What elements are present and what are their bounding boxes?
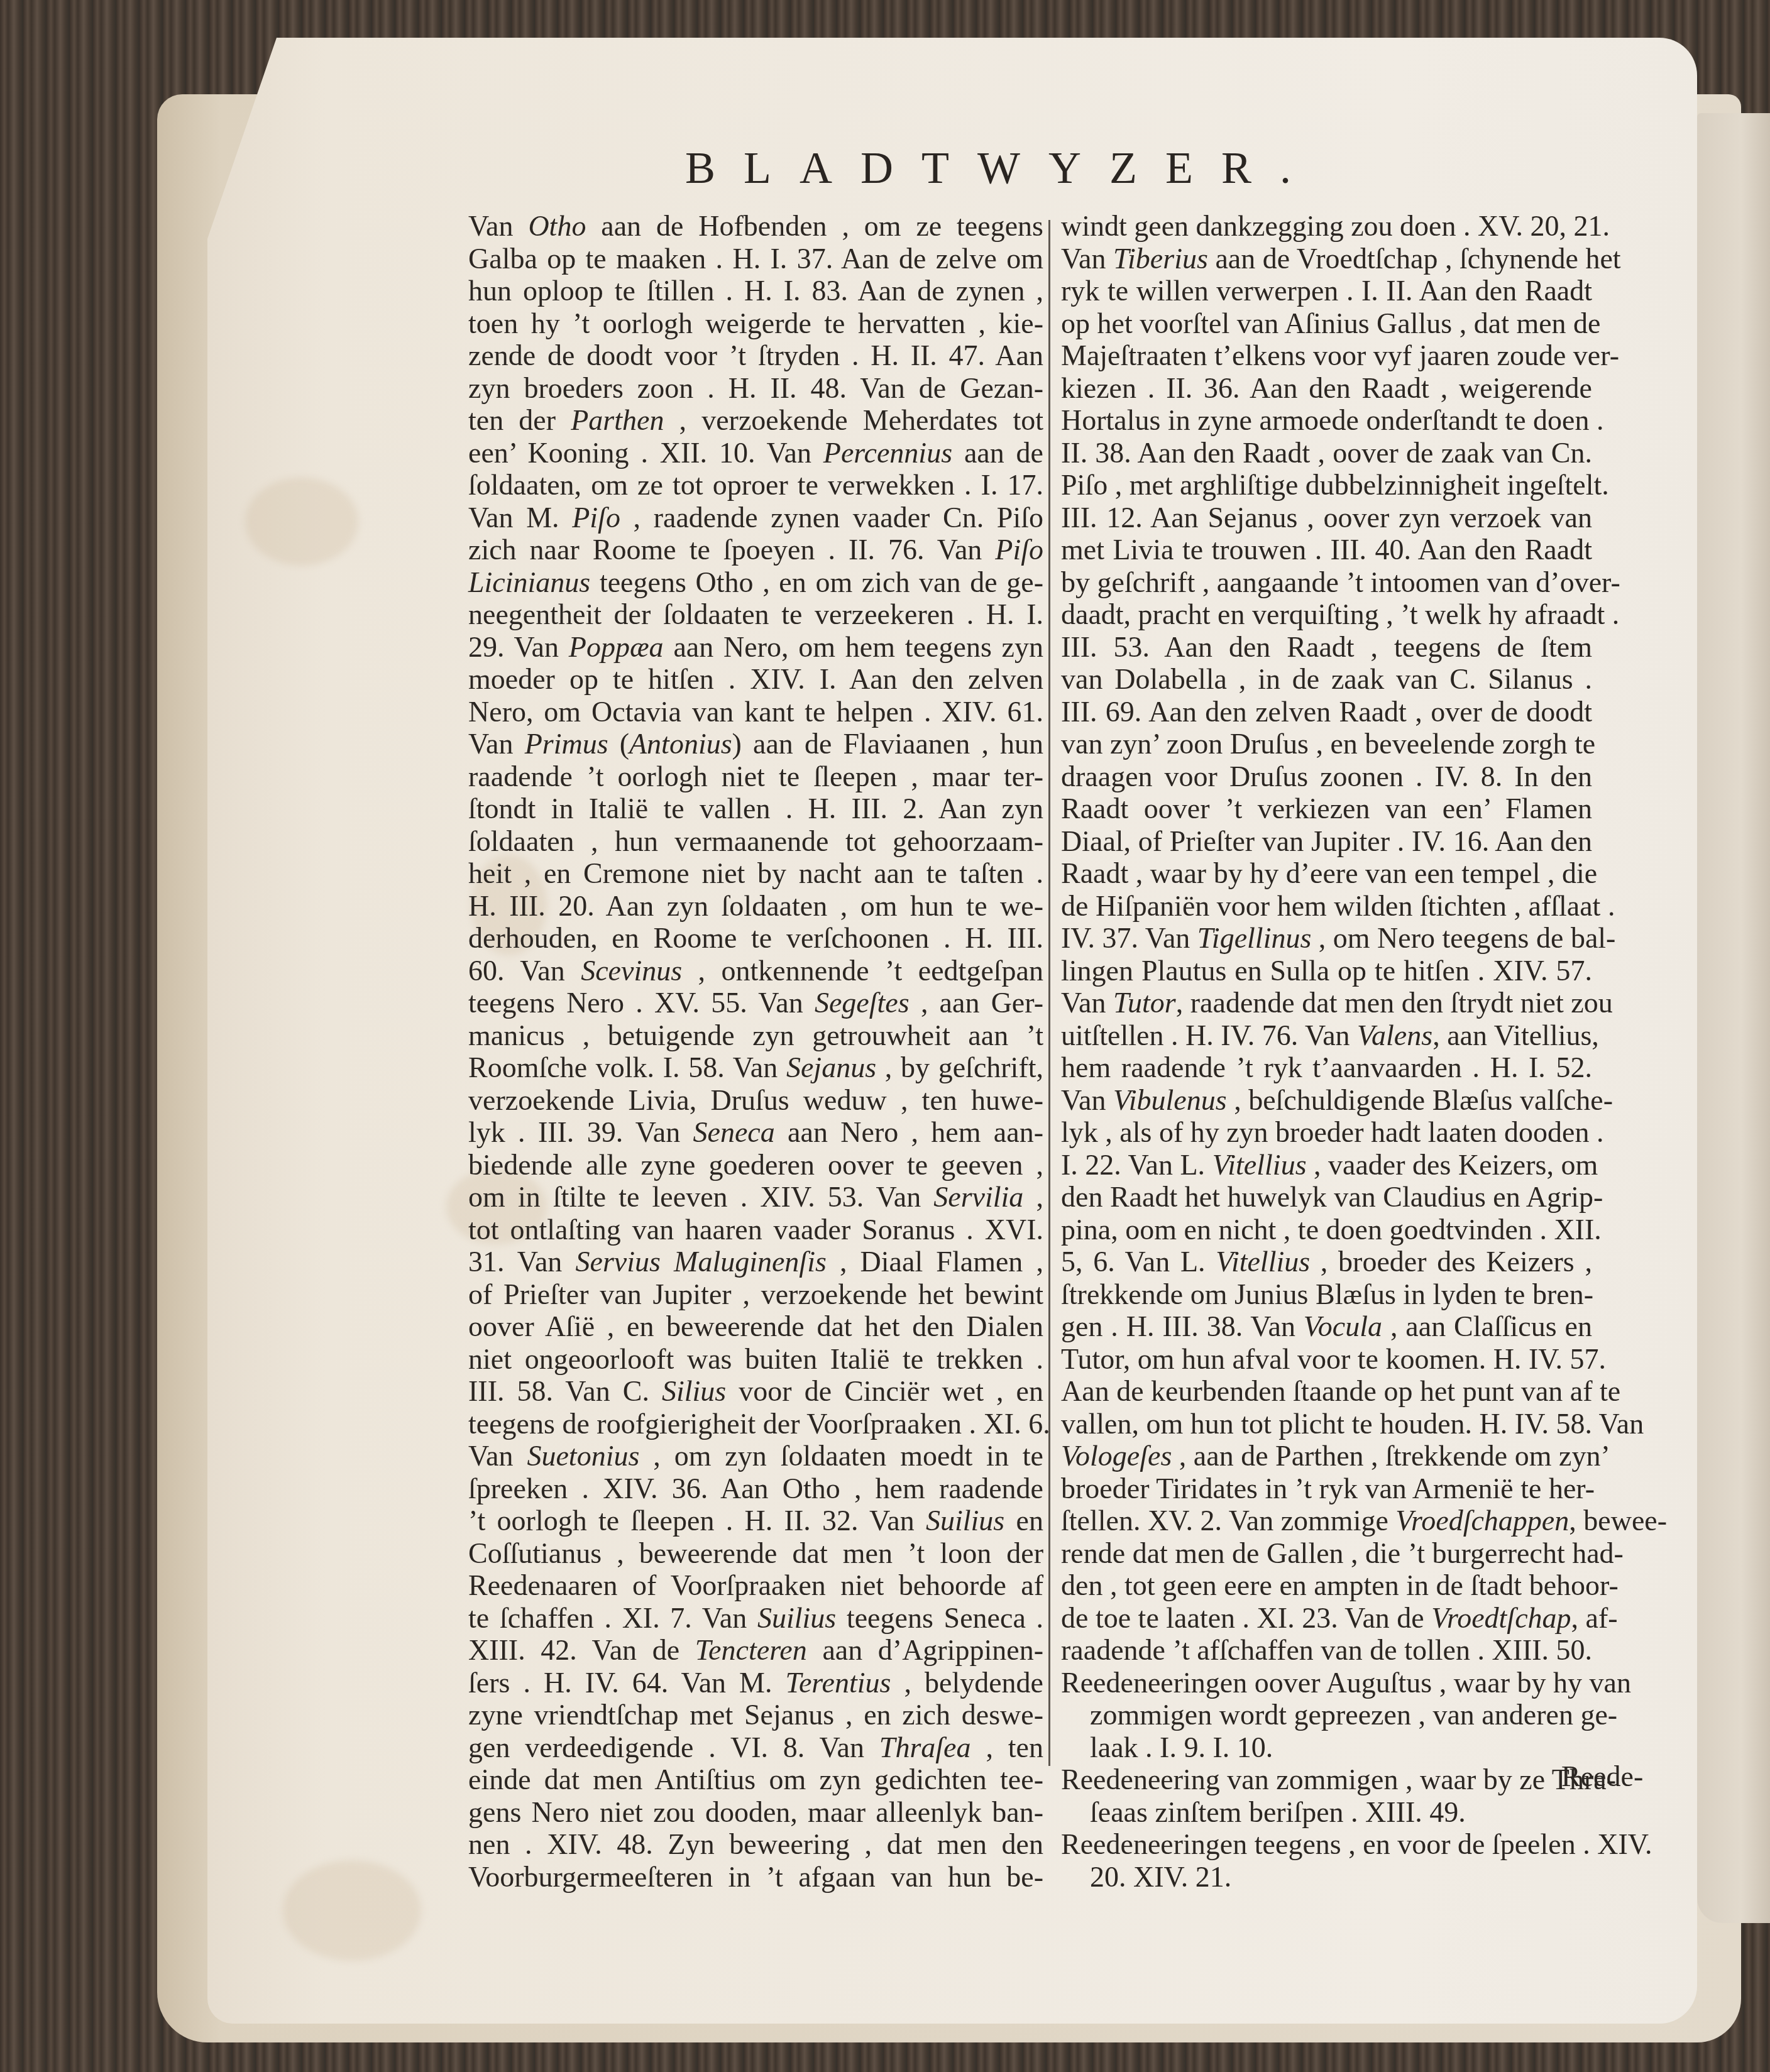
index-line: lyk . III. 39. Van Seneca aan Nero , hem… [468, 1116, 1043, 1149]
italic-name: Vocula [1304, 1310, 1382, 1342]
index-line: Reedeneering van zommigen , waar by ze T… [1061, 1763, 1592, 1796]
line-text: Van [1061, 243, 1113, 275]
italic-name: Piſo [995, 534, 1043, 566]
line-text: XIII. 42. Van de [468, 1634, 695, 1666]
line-text: , beſchuldigende Blæſus valſche- [1227, 1084, 1613, 1116]
line-text: , Diaal Flamen , [827, 1246, 1043, 1278]
index-line: zich naar Roome te ſpoeyen . II. 76. Van… [468, 534, 1043, 566]
index-line: gens Nero niet zou dooden, maar alleenly… [468, 1796, 1043, 1829]
index-line: ſtondt in Italië te vallen . H. III. 2. … [468, 792, 1043, 825]
line-text: III. 69. Aan den zelven Raadt , over de … [1061, 696, 1592, 728]
index-line: teegens Nero . XV. 55. Van Segeſtes , aa… [468, 987, 1043, 1019]
line-text: Van [468, 1440, 527, 1472]
index-line: Vologeſes , aan de Parthen , ſtrekkende … [1061, 1440, 1592, 1472]
line-text: ſtrekkende om Junius Blæſus in lyden te … [1061, 1278, 1593, 1310]
index-line: rende dat men de Gallen , die ’t burgerr… [1061, 1537, 1592, 1570]
line-text: III. 58. Van C. [468, 1375, 662, 1407]
line-text: lyk , als of hy zyn broeder hadt laaten … [1061, 1116, 1604, 1148]
line-text: Raadt , waar by hy d’eere van een tempel… [1061, 857, 1597, 889]
line-text: Van [1061, 1084, 1113, 1116]
line-text: uitſtellen . H. IV. 76. Van [1061, 1019, 1357, 1051]
water-stain [283, 1860, 421, 1961]
line-text: , [1023, 1181, 1043, 1213]
line-text: pina, oom en nicht , te doen goedtvinden… [1061, 1214, 1602, 1246]
line-text: teegens de roofgierigheit der Voorſpraak… [468, 1408, 1050, 1440]
index-line: gen . H. III. 38. Van Vocula , aan Claſſ… [1061, 1310, 1592, 1343]
italic-name: Servilia [933, 1181, 1023, 1213]
index-line: toen hy ’t oorlogh weigerde te hervatten… [468, 307, 1043, 340]
index-line: Aan de keurbenden ſtaande op het punt va… [1061, 1375, 1592, 1408]
line-text: Van [1061, 987, 1113, 1019]
italic-name: Vroedſchappen [1395, 1505, 1569, 1537]
line-text: gen verdeedigende . VI. 8. Van [468, 1731, 879, 1763]
line-text: raadende ’t oorlogh niet te ſleepen , ma… [468, 760, 1043, 792]
index-line: biedende alle zyne goederen oover te gee… [468, 1149, 1043, 1181]
line-text: manicus , betuigende zyn getrouwheit aan… [468, 1019, 1043, 1051]
index-line: niet ongeoorlooft was buiten Italië te t… [468, 1343, 1043, 1376]
line-text: Coſſutianus , beweerende dat men ’t loon… [468, 1537, 1043, 1569]
facing-page-edge [1697, 113, 1770, 1923]
line-text: ſers . H. IV. 64. Van M. [468, 1667, 786, 1699]
foxing-stain [245, 478, 358, 566]
line-text: Roomſche volk. I. 58. Van [468, 1051, 786, 1083]
line-text: zyne vriendtſchap met Sejanus , en zich … [468, 1699, 1043, 1731]
line-text: heit , en Cremone niet by nacht aan te t… [468, 857, 1043, 889]
index-line: broeder Tiridates in ’t ryk van Armenië … [1061, 1472, 1592, 1505]
line-text: Voorburgermeeſteren in ’t afgaan van hun… [468, 1861, 1043, 1893]
italic-name: Terentius [786, 1667, 891, 1699]
line-text: III. 12. Aan Sejanus , oover zyn verzoek… [1061, 502, 1592, 534]
page-title: BLADTWYZER. [685, 142, 1319, 194]
line-text: lingen Plautus en Sulla op te hitſen . X… [1061, 955, 1592, 987]
line-text: aan Nero, om hem teegens zyn [664, 631, 1043, 663]
line-text: aan de Hofbenden , om ze teegens [586, 210, 1043, 242]
index-line: 5, 6. Van L. Vitellius , broeder des Kei… [1061, 1246, 1592, 1278]
line-text: Reedeneeringen oover Auguſtus , waar by … [1061, 1667, 1631, 1699]
line-text: den , tot geen eere en ampten in de ſtad… [1061, 1569, 1619, 1601]
index-line: Reedenaaren of Voorſpraaken niet behoord… [468, 1569, 1043, 1602]
line-text: broeder Tiridates in ’t ryk van Armenië … [1061, 1472, 1595, 1505]
line-text: de toe te laaten . XI. 23. Van de [1061, 1602, 1431, 1634]
index-line: den , tot geen eere en ampten in de ſtad… [1061, 1569, 1592, 1602]
column-divider [1048, 220, 1050, 1766]
index-line: uitſtellen . H. IV. 76. Van Valens, aan … [1061, 1019, 1592, 1052]
line-text: Galba op te maaken . H. I. 37. Aan de ze… [468, 243, 1043, 275]
index-line: Coſſutianus , beweerende dat men ’t loon… [468, 1537, 1043, 1570]
italic-name: Parthen [571, 404, 664, 436]
line-text: oover Aſië , en beweerende dat het den D… [468, 1310, 1043, 1342]
index-line: Van Suetonius , om zyn ſoldaaten moedt i… [468, 1440, 1043, 1472]
line-text: teegens Nero . XV. 55. Van [468, 987, 815, 1019]
line-text: aan Nero , hem aan- [775, 1116, 1043, 1148]
line-text: ten der [468, 404, 571, 436]
index-line: hem raadende ’t ryk t’aanvaarden . H. I.… [1061, 1051, 1592, 1084]
line-text: Diaal, of Prieſter van Jupiter . IV. 16.… [1061, 825, 1592, 857]
line-text: ) aan de Flaviaanen , hun [732, 728, 1043, 760]
line-text: voor de Cinciër wet , en [726, 1375, 1043, 1407]
line-text: de Hiſpaniën voor hem wilden ſtichten , … [1061, 890, 1615, 922]
index-line: ten der Parthen , verzoekende Meherdates… [468, 404, 1043, 437]
index-line: Voorburgermeeſteren in ’t afgaan van hun… [468, 1861, 1043, 1894]
index-line: kiezen . II. 36. Aan den Raadt , weigere… [1061, 372, 1592, 405]
line-text: , raadende dat men den ſtrydt niet zou [1176, 987, 1613, 1019]
line-text: einde dat men Antiſtius om zyn gedichten… [468, 1763, 1043, 1795]
line-text: , belydende [891, 1667, 1043, 1699]
italic-name: Percennius [823, 437, 952, 469]
line-text: II. 38. Aan den Raadt , oover de zaak va… [1061, 437, 1592, 469]
line-text: ſeaas zinſtem beriſpen . XIII. 49. [1090, 1796, 1466, 1828]
line-text: op het voorſtel van Aſinius Gallus , dat… [1061, 307, 1601, 339]
index-line: derhouden, en Roome te verſchoonen . H. … [468, 922, 1043, 955]
index-line: Van Tutor, raadende dat men den ſtrydt n… [1061, 987, 1592, 1019]
italic-name: Valens [1357, 1019, 1432, 1051]
line-text: om in ſtilte te leeven . XIV. 53. Van [468, 1181, 933, 1213]
line-text: gens Nero niet zou dooden, maar alleenly… [468, 1796, 1043, 1828]
line-text: rende dat men de Gallen , die ’t burgerr… [1061, 1537, 1624, 1569]
italic-name: Tiberius [1113, 243, 1208, 275]
index-line: zyn broeders zoon . H. II. 48. Van de Ge… [468, 372, 1043, 405]
line-text: , aan Vitellius, [1432, 1019, 1599, 1051]
line-text: , verzoekende Meherdates tot [664, 404, 1043, 436]
italic-name: Vitellius [1212, 1149, 1307, 1181]
line-text: niet ongeoorlooft was buiten Italië te t… [468, 1343, 1043, 1375]
line-text: laak . I. 9. I. 10. [1090, 1731, 1273, 1763]
italic-name: Licinianus [468, 566, 590, 598]
line-text: van zyn’ zoon Druſus , en beveelende zor… [1061, 728, 1595, 760]
line-text: IV. 37. Van [1061, 922, 1197, 954]
line-text: tot ontlaſting van haaren vaader Soranus… [468, 1214, 1043, 1246]
index-line: II. 38. Aan den Raadt , oover de zaak va… [1061, 437, 1592, 469]
index-line: zommigen wordt gepreezen , van anderen g… [1061, 1699, 1592, 1731]
index-line: van zyn’ zoon Druſus , en beveelende zor… [1061, 728, 1592, 760]
index-line: Raadt , waar by hy d’eere van een tempel… [1061, 857, 1592, 890]
index-line: Van Tiberius aan de Vroedtſchap , ſchyne… [1061, 243, 1592, 275]
index-line: 31. Van Servius Maluginenſis , Diaal Fla… [468, 1246, 1043, 1278]
italic-name: Vitellius [1216, 1246, 1310, 1278]
index-line: ſoldaaten , hun vermaanende tot gehoorza… [468, 825, 1043, 858]
italic-name: Vologeſes [1061, 1440, 1172, 1472]
index-line: de Hiſpaniën voor hem wilden ſtichten , … [1061, 890, 1592, 923]
index-line: lyk , als of hy zyn broeder hadt laaten … [1061, 1116, 1592, 1149]
line-text: aan d’Agrippinen- [807, 1634, 1043, 1666]
line-text: Tutor, om hun afval voor te koomen. H. I… [1061, 1343, 1606, 1375]
index-line: om in ſtilte te leeven . XIV. 53. Van Se… [468, 1181, 1043, 1214]
line-text: H. III. 20. Aan zyn ſoldaaten , om hun t… [468, 890, 1043, 922]
index-line: daadt, pracht en verquiſting , ’t welk h… [1061, 598, 1592, 631]
index-line: Van Otho aan de Hofbenden , om ze teegen… [468, 210, 1043, 243]
index-line: lingen Plautus en Sulla op te hitſen . X… [1061, 955, 1592, 987]
italic-name: Tencteren [695, 1634, 807, 1666]
line-text: Piſo , met arghliſtige dubbelzinnigheit … [1061, 469, 1609, 501]
line-text: 20. XIV. 21. [1090, 1861, 1231, 1893]
index-line: ryk te willen verwerpen . I. II. Aan den… [1061, 275, 1592, 307]
index-line: oover Aſië , en beweerende dat het den D… [468, 1310, 1043, 1343]
line-text: zyn broeders zoon . H. II. 48. Van de Ge… [468, 372, 1043, 404]
index-line: III. 12. Aan Sejanus , oover zyn verzoek… [1061, 502, 1592, 534]
index-line: Diaal, of Prieſter van Jupiter . IV. 16.… [1061, 825, 1592, 858]
italic-name: Suilius [926, 1505, 1004, 1537]
line-text: biedende alle zyne goederen oover te gee… [468, 1149, 1043, 1181]
index-line: windt geen dankzegging zou doen . XV. 20… [1061, 210, 1592, 243]
index-line: Tutor, om hun afval voor te koomen. H. I… [1061, 1343, 1592, 1376]
line-text: ſpreeken . XIV. 36. Aan Otho , hem raade… [468, 1472, 1043, 1505]
line-text: neegentheit der ſoldaaten te verzeekeren… [468, 598, 1043, 630]
line-text: Majeſtraaten t’elkens voor vyf jaaren zo… [1061, 339, 1619, 371]
index-line: H. III. 20. Aan zyn ſoldaaten , om hun t… [468, 890, 1043, 923]
index-line: raadende ’t afſchaffen van de tollen . X… [1061, 1634, 1592, 1667]
index-line: den Raadt het huwelyk van Claudius en Ag… [1061, 1181, 1592, 1214]
line-text: , raadende zynen vaader Cn. Piſo [620, 502, 1043, 534]
index-line: of Prieſter van Jupiter , verzoekende he… [468, 1278, 1043, 1311]
index-line: vallen, om hun tot plicht te houden. H. … [1061, 1408, 1592, 1440]
index-line: III. 53. Aan den Raadt , teegens de ſtem [1061, 631, 1592, 664]
line-text: hun oploop te ſtillen . H. I. 83. Aan de… [468, 275, 1043, 307]
line-text: zich naar Roome te ſpoeyen . II. 76. Van [468, 534, 995, 566]
line-text: gen . H. III. 38. Van [1061, 1310, 1304, 1342]
index-line: III. 69. Aan den zelven Raadt , over de … [1061, 696, 1592, 728]
line-text: raadende ’t afſchaffen van de tollen . X… [1061, 1634, 1592, 1666]
italic-name: Otho [528, 210, 586, 242]
line-text: of Prieſter van Jupiter , verzoekende he… [468, 1278, 1043, 1310]
line-text: hem raadende ’t ryk t’aanvaarden . H. I.… [1061, 1051, 1592, 1083]
italic-name: Vroedtſchap [1431, 1602, 1571, 1634]
line-text: lyk . III. 39. Van [468, 1116, 693, 1148]
line-text: ( [608, 728, 629, 760]
line-text: ſtellen. XV. 2. Van zommige [1061, 1505, 1395, 1537]
line-text: derhouden, en Roome te verſchoonen . H. … [468, 922, 1043, 954]
line-text: , broeder des Keizers , [1310, 1246, 1592, 1278]
line-text: kiezen . II. 36. Aan den Raadt , weigere… [1061, 372, 1592, 404]
index-line: ſtrekkende om Junius Blæſus in lyden te … [1061, 1278, 1592, 1311]
index-line: heit , en Cremone niet by nacht aan te t… [468, 857, 1043, 890]
line-text: , om zyn ſoldaaten moedt in te [639, 1440, 1043, 1472]
index-line: ſeaas zinſtem beriſpen . XIII. 49. [1061, 1796, 1592, 1829]
index-line: hun oploop te ſtillen . H. I. 83. Aan de… [468, 275, 1043, 307]
index-line: Van Vibulenus , beſchuldigende Blæſus va… [1061, 1084, 1592, 1117]
italic-name: Servius Maluginenſis [576, 1246, 827, 1278]
line-text: , by geſchrift, [876, 1051, 1043, 1083]
italic-name: Seneca [693, 1116, 775, 1148]
index-line: ’t oorlogh te ſleepen . H. II. 32. Van S… [468, 1505, 1043, 1537]
index-line: ſers . H. IV. 64. Van M. Terentius , bel… [468, 1667, 1043, 1699]
line-text: met Livia te trouwen . III. 40. Aan den … [1061, 534, 1592, 566]
line-text: aan de Vroedtſchap , ſchynende het [1208, 243, 1621, 275]
index-line: een’ Kooning . XII. 10. Van Percennius a… [468, 437, 1043, 469]
index-line: de toe te laaten . XI. 23. Van de Vroedt… [1061, 1602, 1592, 1635]
line-text: , bewee- [1569, 1505, 1667, 1537]
index-line: Galba op te maaken . H. I. 37. Aan de ze… [468, 243, 1043, 275]
line-text: , af- [1571, 1602, 1618, 1634]
line-text: , aan Claſſicus en [1382, 1310, 1592, 1342]
index-line: XIII. 42. Van de Tencteren aan d’Agrippi… [468, 1634, 1043, 1667]
line-text: Hortalus in zyne armoede onderſtandt te … [1061, 404, 1604, 436]
index-line: Piſo , met arghliſtige dubbelzinnigheit … [1061, 469, 1592, 502]
italic-name: Segeſtes [815, 987, 910, 1019]
line-text: , om Nero teegens de bal- [1311, 922, 1615, 954]
index-line: gen verdeedigende . VI. 8. Van Thraſea ,… [468, 1731, 1043, 1764]
index-line: 20. XIV. 21. [1061, 1861, 1592, 1894]
italic-name: Poppæa [569, 631, 664, 663]
index-line: ſpreeken . XIV. 36. Aan Otho , hem raade… [468, 1472, 1043, 1505]
line-text: 60. Van [468, 955, 581, 987]
index-line: 29. Van Poppæa aan Nero, om hem teegens … [468, 631, 1043, 664]
line-text: teegens Seneca . [836, 1602, 1043, 1634]
line-text: ’t oorlogh te ſleepen . H. II. 32. Van [468, 1505, 926, 1537]
line-text: windt geen dankzegging zou doen . XV. 20… [1061, 210, 1610, 242]
line-text: I. 22. Van L. [1061, 1149, 1212, 1181]
italic-name: Tutor [1113, 987, 1176, 1019]
line-text: toen hy ’t oorlogh weigerde te hervatten… [468, 307, 1043, 339]
italic-name: Antonius [629, 728, 732, 760]
italic-name: Suetonius [527, 1440, 639, 1472]
index-line: manicus , betuigende zyn getrouwheit aan… [468, 1019, 1043, 1052]
line-text: Raadt oover ’t verkiezen van een’ Flamen [1061, 792, 1592, 825]
line-text: ryk te willen verwerpen . I. II. Aan den… [1061, 275, 1592, 307]
italic-name: Sejanus [786, 1051, 876, 1083]
index-line: IV. 37. Van Tigellinus , om Nero teegens… [1061, 922, 1592, 955]
index-column-right: windt geen dankzegging zou doen . XV. 20… [1061, 210, 1592, 1893]
index-line: te ſchaffen . XI. 7. Van Suilius teegens… [468, 1602, 1043, 1635]
italic-name: Scevinus [581, 955, 682, 987]
italic-name: Vibulenus [1113, 1084, 1227, 1116]
index-line: van Dolabella , in de zaak van C. Silanu… [1061, 663, 1592, 696]
line-text: , aan de Parthen , ſtrekkende om zyn’ [1172, 1440, 1610, 1472]
line-text: nen . XIV. 48. Zyn beweering , dat men d… [468, 1828, 1043, 1860]
index-line: nen . XIV. 48. Zyn beweering , dat men d… [468, 1828, 1043, 1861]
line-text: ſtondt in Italië te vallen . H. III. 2. … [468, 792, 1043, 825]
index-line: 60. Van Scevinus , ontkennende ’t eedtge… [468, 955, 1043, 987]
line-text: Nero, om Octavia van kant te helpen . XI… [468, 696, 1043, 728]
line-text: Reedenaaren of Voorſpraaken niet behoord… [468, 1569, 1043, 1601]
italic-name: Primus [525, 728, 608, 760]
line-text: , aan Ger- [910, 987, 1043, 1019]
line-text: Reedeneering van zommigen , waar by ze T… [1061, 1763, 1616, 1795]
line-text: Aan de keurbenden ſtaande op het punt va… [1061, 1375, 1620, 1407]
line-text: by geſchrift , aangaande ’t intoomen van… [1061, 566, 1620, 598]
line-text: den Raadt het huwelyk van Claudius en Ag… [1061, 1181, 1603, 1213]
index-line: zyne vriendtſchap met Sejanus , en zich … [468, 1699, 1043, 1731]
line-text: Van M. [468, 502, 572, 534]
line-text: 31. Van [468, 1246, 576, 1278]
line-text: vallen, om hun tot plicht te houden. H. … [1061, 1408, 1644, 1440]
index-column-left: Van Otho aan de Hofbenden , om ze teegen… [468, 210, 1043, 1893]
line-text: 29. Van [468, 631, 569, 663]
italic-name: Tigellinus [1197, 922, 1311, 954]
index-line: Van Primus (Antonius) aan de Flaviaanen … [468, 728, 1043, 760]
index-line: pina, oom en nicht , te doen goedtvinden… [1061, 1214, 1592, 1246]
index-line: Licinianus teegens Otho , en om zich van… [468, 566, 1043, 599]
index-line: teegens de roofgierigheit der Voorſpraak… [468, 1408, 1043, 1440]
index-line: Raadt oover ’t verkiezen van een’ Flamen [1061, 792, 1592, 825]
line-text: III. 53. Aan den Raadt , teegens de ſtem [1061, 631, 1592, 663]
line-text: , ten [971, 1731, 1043, 1763]
line-text: zommigen wordt gepreezen , van anderen g… [1090, 1699, 1617, 1731]
line-text: ſoldaaten, om ze tot oproer te verwekken… [468, 469, 1043, 501]
line-text: daadt, pracht en verquiſting , ’t welk h… [1061, 598, 1619, 630]
line-text: zende de doodt voor ’t ſtryden . H. II. … [468, 339, 1043, 371]
line-text: verzoekende Livia, Druſus weduw , ten hu… [468, 1084, 1043, 1116]
index-line: Reedeneeringen teegens , en voor de ſpee… [1061, 1828, 1592, 1861]
index-line: verzoekende Livia, Druſus weduw , ten hu… [468, 1084, 1043, 1117]
index-line: tot ontlaſting van haaren vaader Soranus… [468, 1214, 1043, 1246]
index-line: Reedeneeringen oover Auguſtus , waar by … [1061, 1667, 1592, 1699]
line-text: van Dolabella , in de zaak van C. Silanu… [1061, 663, 1592, 695]
line-text: draagen voor Druſus zoonen . IV. 8. In d… [1061, 760, 1592, 792]
index-line: met Livia te trouwen . III. 40. Aan den … [1061, 534, 1592, 566]
line-text: te ſchaffen . XI. 7. Van [468, 1602, 757, 1634]
line-text: ſoldaaten , hun vermaanende tot gehoorza… [468, 825, 1043, 857]
line-text: Van [468, 210, 528, 242]
italic-name: Piſo [572, 502, 620, 534]
index-line: neegentheit der ſoldaaten te verzeekeren… [468, 598, 1043, 631]
index-line: einde dat men Antiſtius om zyn gedichten… [468, 1763, 1043, 1796]
line-text: Van [468, 728, 525, 760]
line-text: , ontkennende ’t eedtgeſpan [682, 955, 1043, 987]
index-line: Majeſtraaten t’elkens voor vyf jaaren zo… [1061, 339, 1592, 372]
index-line: ſoldaaten, om ze tot oproer te verwekken… [468, 469, 1043, 502]
line-text: 5, 6. Van L. [1061, 1246, 1216, 1278]
index-line: draagen voor Druſus zoonen . IV. 8. In d… [1061, 760, 1592, 793]
catchword: Reede- [1561, 1760, 1643, 1793]
index-line: laak . I. 9. I. 10. [1061, 1731, 1592, 1764]
italic-name: Silius [662, 1375, 726, 1407]
line-text: een’ Kooning . XII. 10. Van [468, 437, 823, 469]
italic-name: Suilius [757, 1602, 836, 1634]
index-line: Roomſche volk. I. 58. Van Sejanus , by g… [468, 1051, 1043, 1084]
index-line: Van M. Piſo , raadende zynen vaader Cn. … [468, 502, 1043, 534]
index-line: raadende ’t oorlogh niet te ſleepen , ma… [468, 760, 1043, 793]
index-line: moeder op te hitſen . XIV. I. Aan den ze… [468, 663, 1043, 696]
italic-name: Thraſea [879, 1731, 971, 1763]
line-text: moeder op te hitſen . XIV. I. Aan den ze… [468, 663, 1043, 695]
line-text: en [1004, 1505, 1043, 1537]
line-text: aan de [952, 437, 1043, 469]
index-line: ſtellen. XV. 2. Van zommige Vroedſchappe… [1061, 1505, 1592, 1537]
line-text: Reedeneeringen teegens , en voor de ſpee… [1061, 1828, 1652, 1860]
index-line: by geſchrift , aangaande ’t intoomen van… [1061, 566, 1592, 599]
index-line: op het voorſtel van Aſinius Gallus , dat… [1061, 307, 1592, 340]
index-line: Nero, om Octavia van kant te helpen . XI… [468, 696, 1043, 728]
index-line: I. 22. Van L. Vitellius , vaader des Kei… [1061, 1149, 1592, 1181]
index-line: zende de doodt voor ’t ſtryden . H. II. … [468, 339, 1043, 372]
line-text: , vaader des Keizers, om [1307, 1149, 1598, 1181]
line-text: teegens Otho , en om zich van de ge- [590, 566, 1043, 598]
index-line: III. 58. Van C. Silius voor de Cinciër w… [468, 1375, 1043, 1408]
index-line: Hortalus in zyne armoede onderſtandt te … [1061, 404, 1592, 437]
